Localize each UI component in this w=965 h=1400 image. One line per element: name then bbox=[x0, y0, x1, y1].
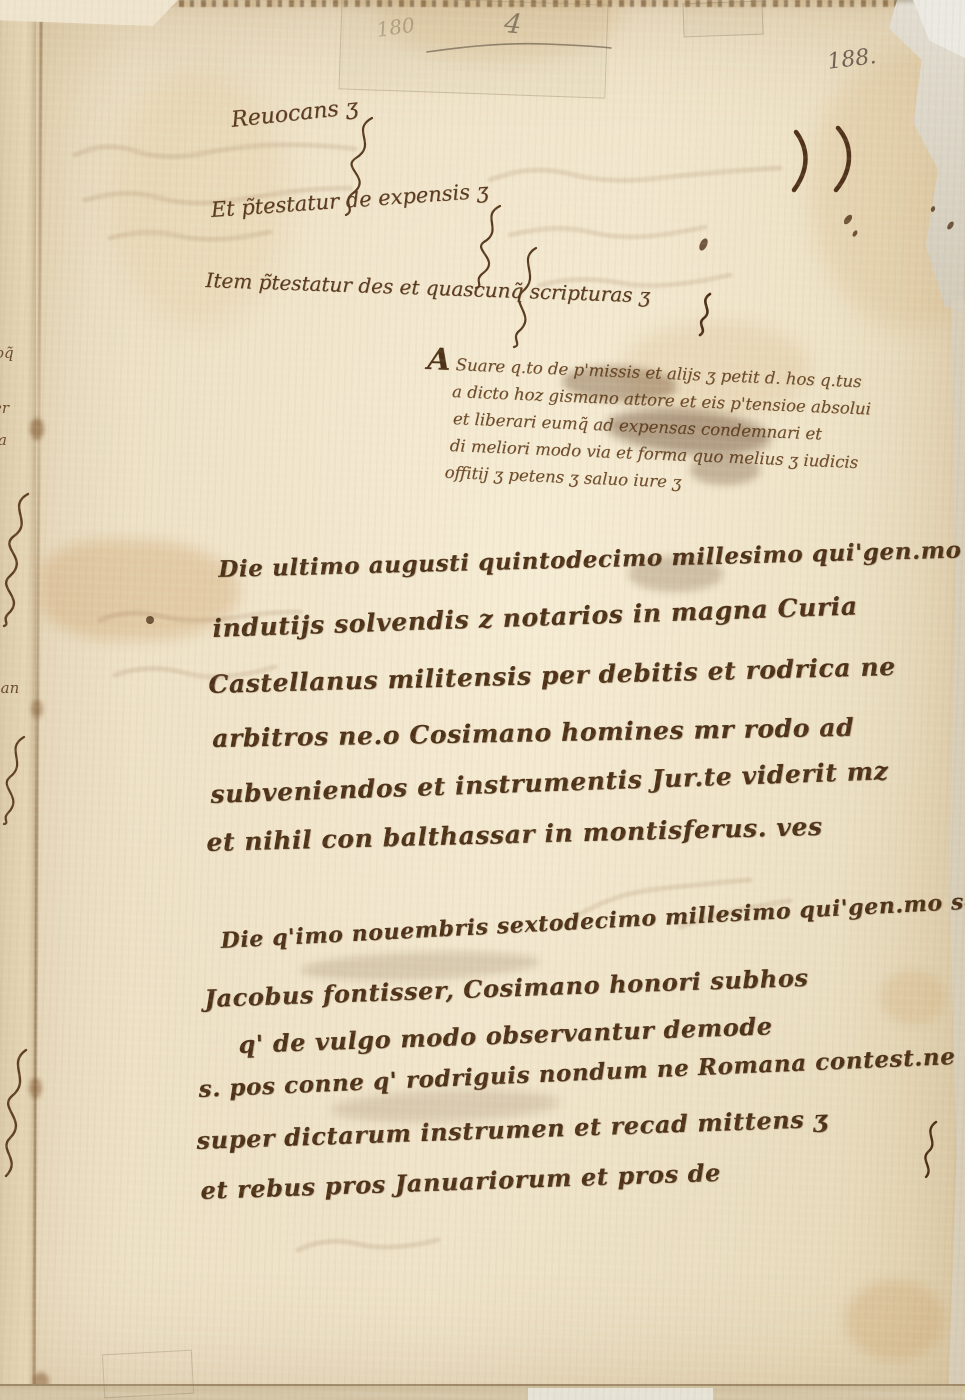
flourish-icon bbox=[694, 292, 716, 336]
ghost-impression bbox=[682, 1, 763, 38]
brace-flourish-icon bbox=[470, 204, 508, 289]
bleedthrough-strokes bbox=[290, 1225, 450, 1265]
manuscript-line: q' de vulgo modo observantur demode bbox=[238, 1011, 773, 1059]
margin-fragment: a bbox=[0, 431, 7, 449]
ink-speck bbox=[146, 616, 154, 624]
manuscript-line: subveniendos et instrumentis Jur.te vide… bbox=[210, 756, 889, 809]
margin-flourish-icon bbox=[0, 1048, 34, 1178]
manuscript-line: et nihil con balthassar in montisferus. … bbox=[206, 812, 823, 857]
flourish-icon bbox=[918, 1120, 942, 1178]
margin-fragment: han bbox=[0, 679, 19, 697]
stain bbox=[845, 1280, 945, 1360]
manuscript-scan: 180 4 188. oq̃ er a han Reuocans ʒ Et p̃… bbox=[0, 0, 965, 1400]
margin-fragment: oq̃ bbox=[0, 344, 14, 362]
manuscript-line: Castellanus militensis per debitis et ro… bbox=[208, 652, 896, 699]
brace-flourish-icon bbox=[508, 246, 544, 348]
manuscript-line: Jacobus fontisser, Cosimano honori subho… bbox=[204, 963, 809, 1013]
folio-number: 188. bbox=[826, 44, 878, 75]
pencil-strike-icon bbox=[425, 34, 615, 56]
stain bbox=[880, 970, 946, 1025]
ghost-impression bbox=[102, 1350, 194, 1399]
margin-flourish-icon bbox=[0, 492, 36, 627]
margin-flourish-icon bbox=[0, 735, 30, 825]
manuscript-line: arbitros ne.o Cosimano homines mr rodo a… bbox=[212, 713, 854, 753]
gutter-strip bbox=[0, 0, 36, 1400]
manuscript-line: super dictarum instrumen et recad mitten… bbox=[196, 1104, 828, 1155]
manuscript-line: Die ultimo augusti quintodecimo millesim… bbox=[218, 531, 965, 583]
page-edge-bottom-bright bbox=[528, 1388, 713, 1400]
margin-fragment: er bbox=[0, 399, 9, 417]
ink-speck bbox=[852, 229, 859, 237]
manuscript-line: et rebus pros Januariorum et pros de bbox=[200, 1158, 721, 1205]
petition-block: A Suare q.to de p'missis et alijs ʒ peti… bbox=[422, 346, 957, 507]
ink-speck bbox=[842, 213, 854, 225]
ink-paren-strokes-icon bbox=[782, 128, 872, 198]
